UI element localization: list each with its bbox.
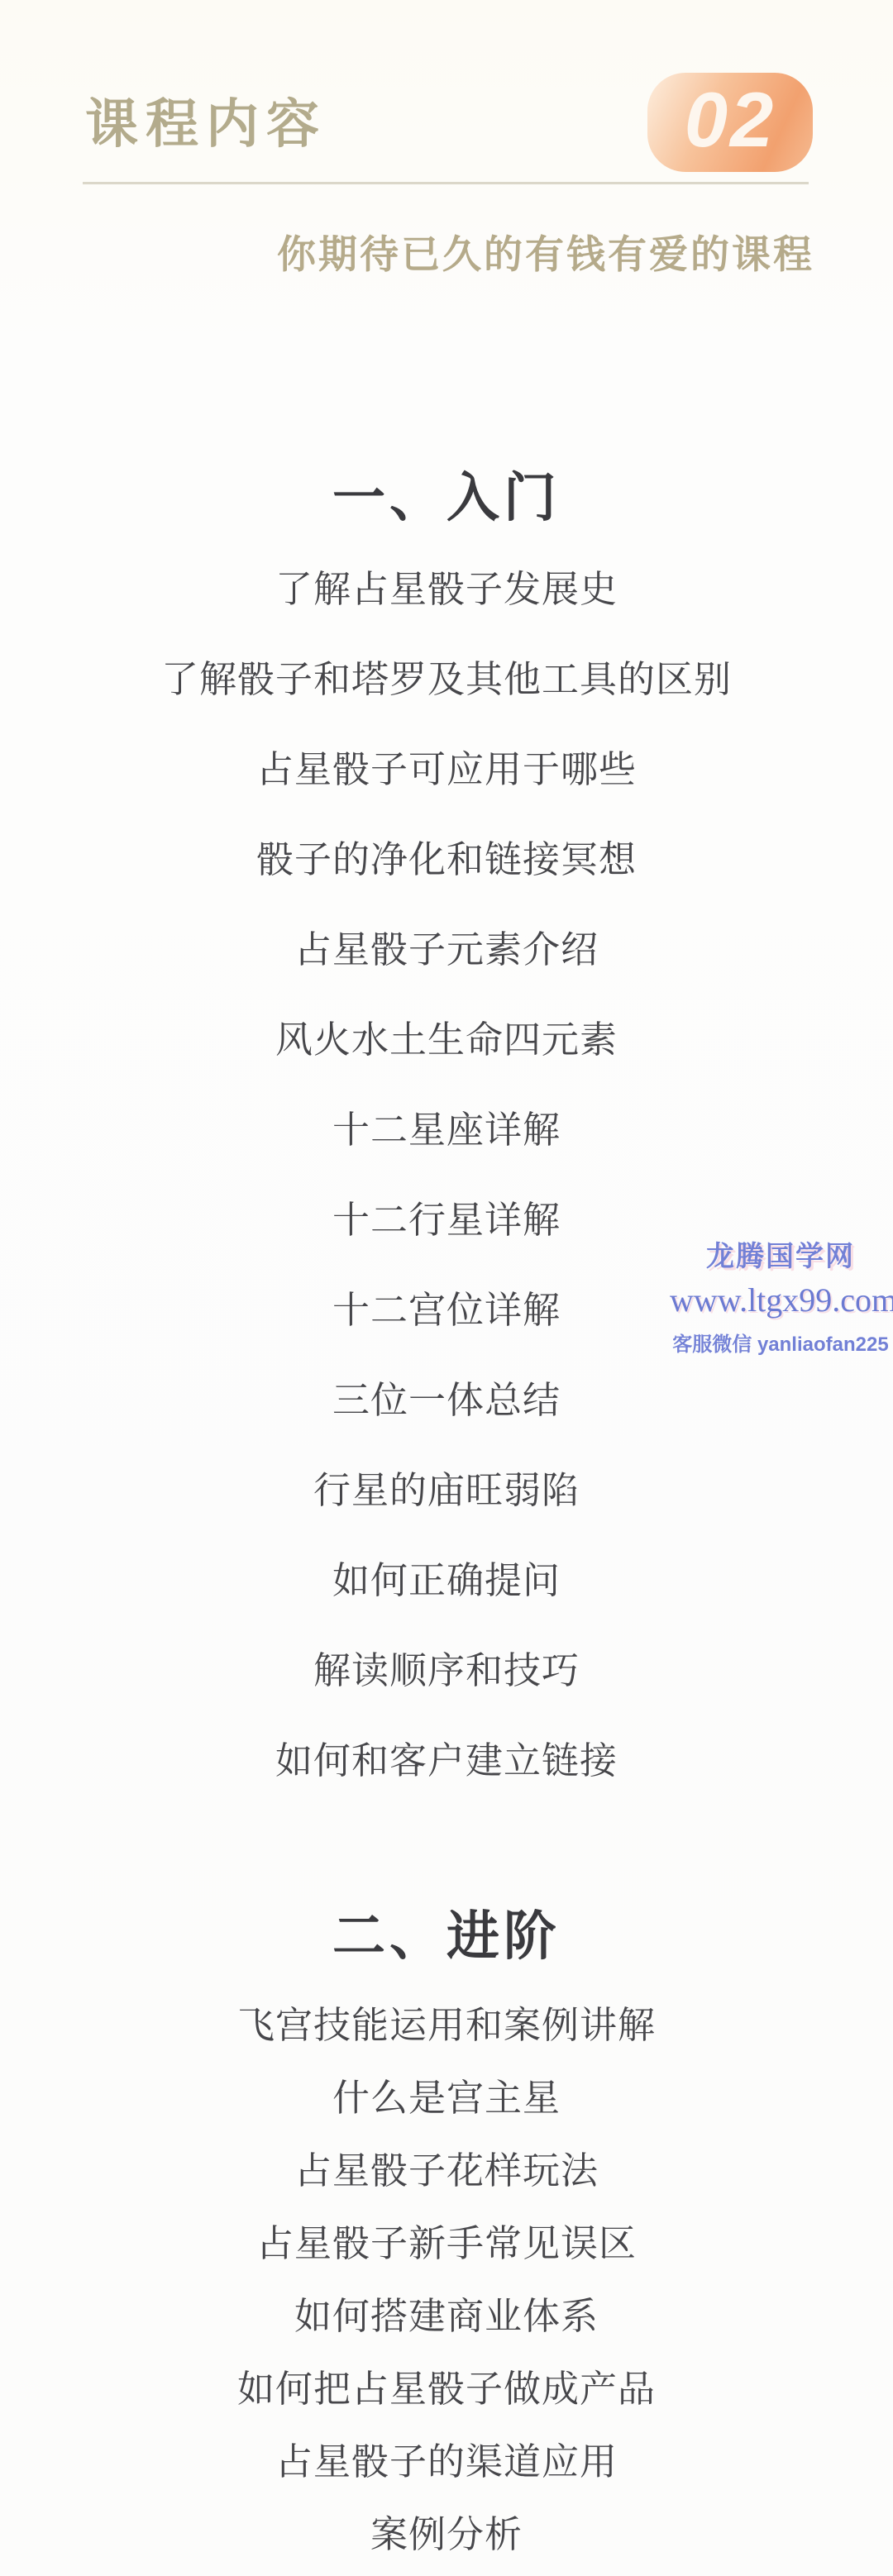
watermark-site-name: 龙腾国学网 xyxy=(670,1233,891,1274)
page-subtitle: 你期待已久的有钱有爱的课程 xyxy=(277,233,814,276)
course-item: 占星骰子花样玩法 xyxy=(0,2152,893,2190)
course-item: 占星骰子元素介绍 xyxy=(0,931,893,969)
page-title: 课程内容 xyxy=(85,93,327,156)
course-item: 如何和客户建立链接 xyxy=(0,1742,893,1780)
course-item: 飞宫技能运用和案例讲解 xyxy=(0,2006,893,2044)
section-intro: 一、入门 了解占星骰子发展史 了解骰子和塔罗及其他工具的区别 占星骰子可应用于哪… xyxy=(0,467,893,1780)
course-item: 占星骰子的渠道应用 xyxy=(0,2443,893,2481)
course-item: 如何搭建商业体系 xyxy=(0,2297,893,2335)
section-number: 02 xyxy=(685,75,776,165)
course-item: 案例分析 xyxy=(0,2516,893,2554)
course-item: 如何把占星骰子做成产品 xyxy=(0,2370,893,2408)
course-item: 什么是宫主星 xyxy=(0,2079,893,2117)
course-item: 十二星座详解 xyxy=(0,1111,893,1149)
section-heading: 二、进阶 xyxy=(0,1906,893,1968)
watermark: 龙腾国学网 www.ltgx99.com 客服微信 yanliaofan225 xyxy=(670,1233,891,1357)
course-item: 占星骰子新手常见误区 xyxy=(0,2225,893,2263)
course-item: 了解占星骰子发展史 xyxy=(0,570,893,608)
section-heading: 一、入门 xyxy=(0,467,893,529)
section-number-badge: 02 xyxy=(647,73,813,172)
course-item: 三位一体总结 xyxy=(0,1381,893,1419)
course-content-page: 课程内容 02 你期待已久的有钱有爱的课程 一、入门 了解占星骰子发展史 了解骰… xyxy=(0,0,893,2576)
course-item: 如何正确提问 xyxy=(0,1562,893,1600)
course-item: 解读顺序和技巧 xyxy=(0,1652,893,1690)
watermark-site-url: www.ltgx99.com xyxy=(670,1281,891,1319)
section-advanced: 二、进阶 飞宫技能运用和案例讲解 什么是宫主星 占星骰子花样玩法 占星骰子新手常… xyxy=(0,1906,893,2554)
course-item: 风火水土生命四元素 xyxy=(0,1021,893,1059)
course-item: 了解骰子和塔罗及其他工具的区别 xyxy=(0,661,893,699)
header-divider xyxy=(83,182,809,184)
course-item: 骰子的净化和链接冥想 xyxy=(0,841,893,879)
course-item: 占星骰子可应用于哪些 xyxy=(0,751,893,789)
course-item: 行星的庙旺弱陷 xyxy=(0,1472,893,1510)
watermark-contact: 客服微信 yanliaofan225 xyxy=(670,1328,891,1357)
